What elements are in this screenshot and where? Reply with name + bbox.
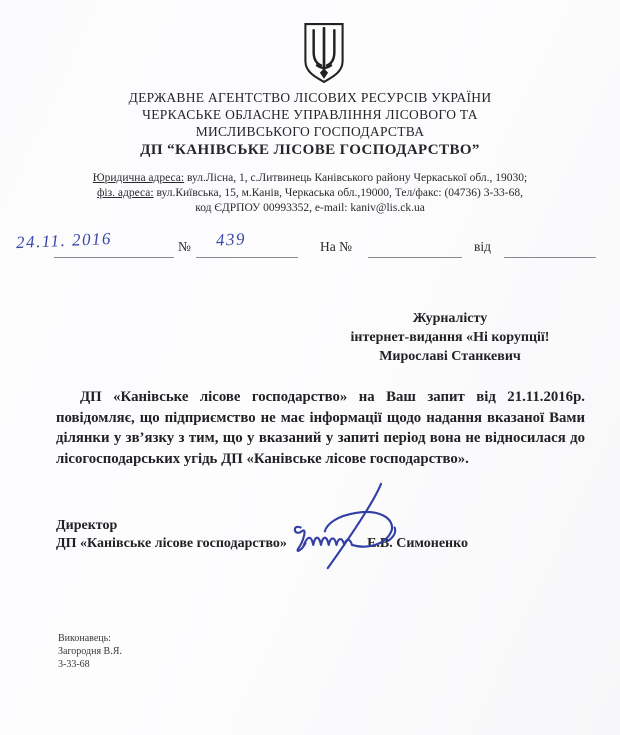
number-label: № xyxy=(178,239,191,255)
handwritten-number: 439 xyxy=(215,229,246,251)
executor-label: Виконавець: xyxy=(58,632,122,645)
addressee-block: Журналісту інтернет-видання «Ні корупції… xyxy=(300,309,600,366)
from-date-label: від xyxy=(474,239,491,255)
ukraine-trident-icon xyxy=(301,22,347,84)
letterhead: ДЕРЖАВНЕ АГЕНТСТВО ЛІСОВИХ РЕСУРСІВ УКРА… xyxy=(0,89,620,159)
agency-name-line: ДЕРЖАВНЕ АГЕНТСТВО ЛІСОВИХ РЕСУРСІВ УКРА… xyxy=(0,89,620,106)
enterprise-name: ДП “КАНІВСЬКЕ ЛІСОВЕ ГОСПОДАРСТВО” xyxy=(0,142,620,159)
physical-address-value: вул.Київська, 15, м.Канів, Черкаська обл… xyxy=(154,187,523,199)
addressee-role: Журналісту xyxy=(300,309,600,328)
date-blank-line xyxy=(54,257,174,258)
executor-name: Загородня В.Я. xyxy=(58,645,122,658)
incoming-number-label: На № xyxy=(320,239,352,255)
from-date-blank-line xyxy=(504,257,596,258)
legal-address-line: Юридична адреса: вул.Лісна, 1, с.Литвине… xyxy=(0,171,620,186)
incoming-number-blank-line xyxy=(368,257,462,258)
addressee-name: Мирославі Станкевич xyxy=(300,347,600,366)
executor-phone: 3-33-68 xyxy=(58,658,122,671)
registry-email-line: код ЄДРПОУ 00993352, e-mail: kaniv@lis.c… xyxy=(0,201,620,216)
number-blank-line xyxy=(196,257,298,258)
legal-address-value: вул.Лісна, 1, с.Литвинець Канівського ра… xyxy=(184,172,527,184)
regional-office-line1: ЧЕРКАСЬКЕ ОБЛАСНЕ УПРАВЛІННЯ ЛІСОВОГО ТА xyxy=(0,106,620,123)
letter-body-paragraph: ДП «Канівське лісове господарство» на Ва… xyxy=(56,387,585,469)
executor-footer: Виконавець: Загородня В.Я. 3-33-68 xyxy=(58,632,122,671)
physical-address-line: фіз. адреса: вул.Київська, 15, м.Канів, … xyxy=(0,186,620,201)
addressee-outlet: інтернет-видання «Ні корупції! xyxy=(300,328,600,347)
signer-title-line2: ДП «Канівське лісове господарство» xyxy=(56,535,287,553)
scanned-letter-page: ДЕРЖАВНЕ АГЕНТСТВО ЛІСОВИХ РЕСУРСІВ УКРА… xyxy=(0,0,620,735)
regional-office-line2: МИСЛИВСЬКОГО ГОСПОДАРСТВА xyxy=(0,123,620,140)
address-block: Юридична адреса: вул.Лісна, 1, с.Литвине… xyxy=(0,171,620,216)
reference-line: 24.11. 2016 № 439 На № від xyxy=(0,230,620,266)
legal-address-label: Юридична адреса: xyxy=(93,172,184,184)
handwritten-signature xyxy=(285,481,417,573)
handwritten-date: 24.11. 2016 xyxy=(16,229,113,253)
physical-address-label: фіз. адреса: xyxy=(97,187,154,199)
